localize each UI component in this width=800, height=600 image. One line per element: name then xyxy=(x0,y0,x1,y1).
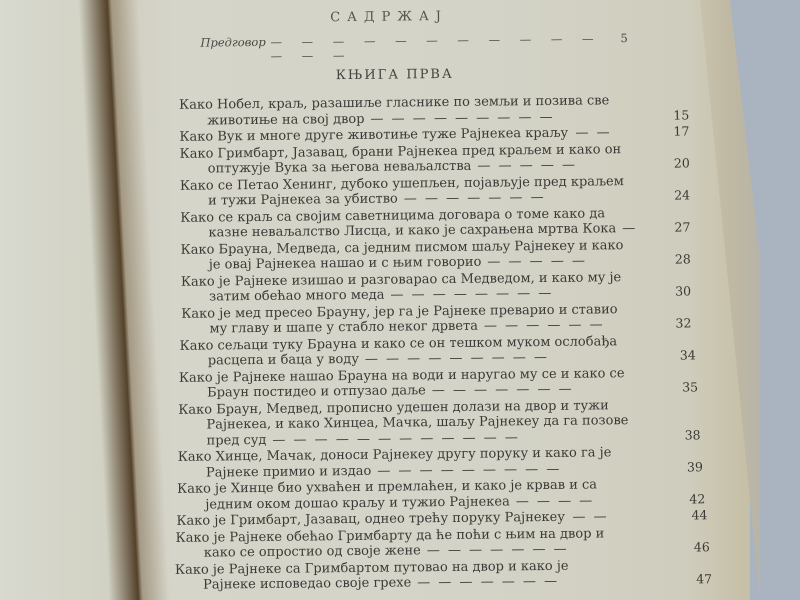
leader-dashes: — — — — — — — — xyxy=(390,286,553,303)
toc-entry: Како сељаци туку Брауна и како се он теш… xyxy=(180,332,740,369)
entry-title-text: му главу и шапе у стабло неког дрвета xyxy=(209,319,478,337)
entry-title-text: је овај Рајнекеа нашао и с њим говорио xyxy=(209,255,482,273)
toc-title: САДРЖАЈ xyxy=(330,9,448,25)
toc-entry: Како Гримбарт, Јазавац, брани Рајнекеа п… xyxy=(180,140,740,177)
leader-dashes: — — — — — — — xyxy=(432,382,574,398)
entry-title-text: пред суд xyxy=(207,432,267,448)
entry-title-text: како се опростио од своје жене xyxy=(204,543,421,560)
page-number: 32 xyxy=(675,315,691,331)
leader-dashes: — — — — — — xyxy=(484,317,605,333)
table-of-contents: САДРЖАЈ Предговор — — — — — — — — — — — … xyxy=(160,0,726,600)
leader-dashes: — — — — — — — — — xyxy=(370,109,554,126)
leader-dashes: — — — — — — — — — — — — — — xyxy=(270,31,620,63)
leader-dashes: — — xyxy=(572,509,608,525)
page-number: 38 xyxy=(685,427,701,443)
toc-entry: Како је мед пресео Брауну, јер га је Рај… xyxy=(181,300,741,337)
page-number: 39 xyxy=(687,459,703,475)
entry-title-text: расцепа и баца у воду xyxy=(208,352,359,369)
entry-title-text: Браун постидео и отпузао даље xyxy=(207,383,426,400)
leader-dashes: — — — — — — — — — xyxy=(377,461,561,478)
page-number: 30 xyxy=(675,283,691,299)
toc-entry: Како је Рајнеке са Гримбартом путовао на… xyxy=(175,557,735,594)
page-number: 15 xyxy=(673,107,689,123)
page-number: 24 xyxy=(674,187,690,203)
leader-dashes: — — — — xyxy=(516,493,595,509)
entry-title-text: животиње на свој двор xyxy=(207,111,364,128)
entry-title-text: оптужује Вука за његова неваљалства xyxy=(208,159,472,177)
leader-dashes: — — — — — xyxy=(477,158,577,174)
page-number: 42 xyxy=(689,491,705,507)
page-number: 28 xyxy=(675,251,691,267)
toc-entry: Како Браун, Медвед, прописно удешен дола… xyxy=(178,396,738,448)
leader-dashes: — — — — — xyxy=(487,254,587,270)
toc-entry: Како Нобел, краљ, разашиље гласнике по з… xyxy=(179,92,739,129)
toc-entry: Како Хинце, Мачак, доноси Рајнекеу другу… xyxy=(178,444,738,481)
page-number: 34 xyxy=(680,347,696,363)
leader-dashes: — xyxy=(622,221,637,236)
page-number: 35 xyxy=(682,379,698,395)
page-number: 20 xyxy=(674,155,690,171)
toc-entries: Како Нобел, краљ, разашиље гласнике по з… xyxy=(179,92,744,594)
toc-entry: Како се Петао Хенинг, дубоко ушепљен, по… xyxy=(180,172,740,209)
page-number: 44 xyxy=(691,507,707,523)
preface-label: Предговор xyxy=(200,35,265,50)
page-number: 47 xyxy=(696,571,712,587)
entry-title-text: Рајнеке примио и издао xyxy=(206,463,372,480)
entry-title-text: затим обећао много меда xyxy=(209,288,384,305)
entry-title-text: Рајнеке исповедао своје грехе xyxy=(203,575,411,592)
page-number: 27 xyxy=(674,219,690,235)
toc-entry: Како је Рајнеке изишао и разговарао са М… xyxy=(181,268,741,305)
leader-dashes: — — — — — — — — — — — — xyxy=(272,430,520,448)
page-number: 17 xyxy=(673,123,689,139)
toc-entry-preface: Предговор — — — — — — — — — — — — — — 5 xyxy=(200,31,620,49)
page-number: 5 xyxy=(620,31,627,45)
leader-dashes: — — — — — — — xyxy=(417,574,559,590)
toc-entry: Како Брауна, Медведа, са једним писмом ш… xyxy=(181,236,741,273)
section-title: КЊИГА ПРВА xyxy=(336,67,454,83)
entry-title-text: једним оком дошао краљу и тужио Рајнекеа xyxy=(205,494,510,512)
leader-dashes: — — — — — — — xyxy=(427,542,569,558)
entry-title-text: и тужи Рајнекеа за убиство xyxy=(208,192,398,209)
toc-entry: Како је Хинце био ухваћен и премлаћен, и… xyxy=(177,476,737,513)
page-number: 46 xyxy=(694,539,710,555)
toc-entry: Како је Рајнеке обећао Гримбарту да ће п… xyxy=(176,525,736,562)
toc-entry: Како је Рајнеке нашао Брауна на води и н… xyxy=(179,364,739,401)
leader-dashes: — — — — — — — — — xyxy=(365,350,549,367)
leader-dashes: — — — — — — — xyxy=(404,190,546,206)
leader-dashes: — — xyxy=(575,125,611,141)
toc-entry: Како се краљ са својим саветницима догов… xyxy=(180,204,740,241)
